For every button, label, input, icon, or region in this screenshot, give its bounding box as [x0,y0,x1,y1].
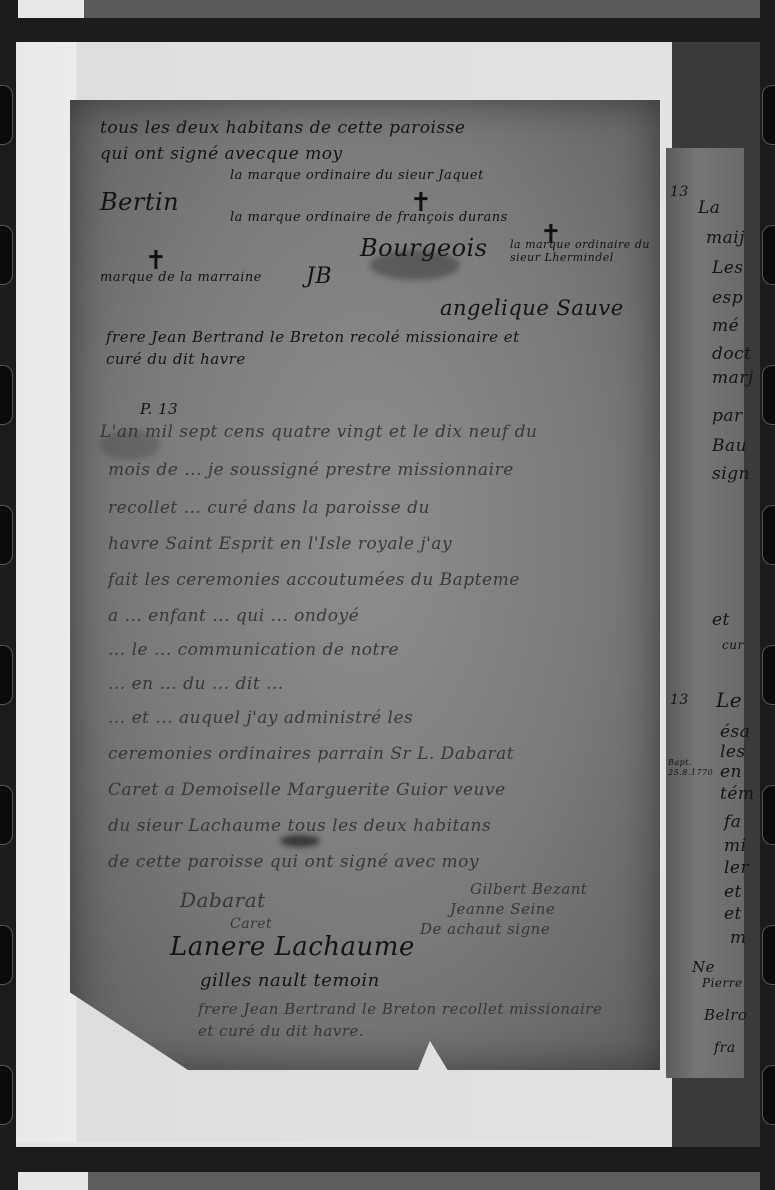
fragment-word: les [720,742,746,762]
fragment-word: ler [724,858,749,878]
sprocket-hole [762,785,775,845]
fragment-word: par [712,406,743,426]
fragment-word: sign [712,464,750,484]
sprocket-hole [0,785,13,845]
witness-signature: gilles nault temoin [200,970,380,991]
sprocket-hole [762,1065,775,1125]
fragment-word: La [698,198,720,218]
fragment-word: et [724,882,742,902]
entry-line: ceremonies ordinaires parrain Sr L. Daba… [108,744,514,764]
sprocket-hole [762,85,775,145]
entry-line: du sieur Lachaume tous les deux habitans [108,816,491,836]
entry-line: fait les ceremonies accoutumées du Bapte… [108,570,520,590]
fragment-word: maij [706,228,745,248]
fragment-word: mi [724,836,747,856]
sprocket-hole [0,365,13,425]
fragment-word: esp [712,288,743,308]
entry-line: de cette paroisse qui ont signé avec moy [108,852,479,872]
signature: Caret [230,916,272,932]
priest-closing-line: curé du dit havre [106,350,246,368]
fragment-word: fra [714,1040,736,1056]
signature: De achaut signe [420,920,550,938]
signature: JB [306,264,332,289]
sprocket-hole [0,1065,13,1125]
mark-label: marque de la marraine [100,270,262,285]
fragment-word: marj [712,368,754,388]
signature: Bourgeois [360,234,488,262]
mark-label: la marque ordinaire du sieur Jaquet [230,168,484,183]
entry-line: mois de ... je soussigné prestre mission… [108,460,514,480]
priest-closing-line: et curé du dit havre. [198,1022,364,1040]
signature: Lanere Lachaume [170,932,415,962]
previous-frame-edge [18,0,760,18]
ink-stain [280,835,320,847]
sprocket-hole [762,645,775,705]
entry-line: ... et ... auquel j'ay administré les [108,708,413,728]
fragment-word: mé [712,316,739,336]
priest-closing-line: frere Jean Bertrand le Breton recollet m… [198,1000,602,1018]
sprocket-hole [0,225,13,285]
entry-line: Caret a Demoiselle Marguerite Guior veuv… [108,780,506,800]
fragment-word: et [712,610,730,630]
microfilm-strip: tous les deux habitans de cette paroisse… [0,0,775,1190]
previous-entry-line: qui ont signé avecque moy [100,144,343,164]
sprocket-hole [0,505,13,565]
sprocket-hole [0,85,13,145]
fragment-word: et [724,904,742,924]
fragment-word: Bau [712,436,747,456]
entry-line: havre Saint Esprit en l'Isle royale j'ay [108,534,452,554]
margin-note: 13 [670,184,689,200]
fragment-word: doct [712,344,751,364]
fragment-word: Belro [704,1006,747,1024]
mark-label: la marque ordinaire du sieur Lhermindel [510,238,650,264]
fragment-word: Ne [692,958,715,976]
register-page: tous les deux habitans de cette paroisse… [70,100,660,1070]
signature: angelique Sauve [440,296,624,320]
sprocket-hole [762,365,775,425]
entry-line: L'an mil sept cens quatre vingt et le di… [100,422,537,442]
signature: Dabarat [180,888,266,912]
fragment-word: Le [716,688,742,712]
fragment-word: en [720,762,742,782]
previous-entry-line: tous les deux habitans de cette paroisse [100,118,465,138]
fragment-word: cur [722,638,744,652]
entry-line: a ... enfant ... qui ... ondoyé [108,606,359,626]
baptism-date-note: Bapt. 25.8.1770 [668,758,712,778]
fragment-word: m [730,928,747,948]
signature: Bertin [100,188,179,216]
priest-closing-line: frere Jean Bertrand le Breton recolé mis… [106,328,520,346]
signature: Jeanne Seine [450,900,555,918]
fragment-word: Pierre [702,976,743,990]
margin-note: 13 [670,692,689,708]
next-frame-edge [18,1172,760,1190]
mark-label: la marque ordinaire de françois durans [230,210,508,225]
entry-line: ... le ... communication de notre [108,640,399,660]
fragment-word: fa [724,812,741,832]
adjacent-page-fragment: 13 La maij Les esp mé doct marj par Bau … [666,148,744,1078]
entry-line: ... en ... du ... dit ... [108,674,284,694]
fragment-word: tém [720,784,755,804]
sprocket-hole [762,925,775,985]
signature: Gilbert Bezant [470,880,587,898]
sprocket-hole [0,925,13,985]
fragment-word: Les [712,258,744,278]
entry-line: recollet ... curé dans la paroisse du [108,498,430,518]
sprocket-hole [0,645,13,705]
fragment-word: ésa [720,722,750,742]
sprocket-hole [762,505,775,565]
sprocket-hole [762,225,775,285]
margin-note: P. 13 [140,400,178,418]
